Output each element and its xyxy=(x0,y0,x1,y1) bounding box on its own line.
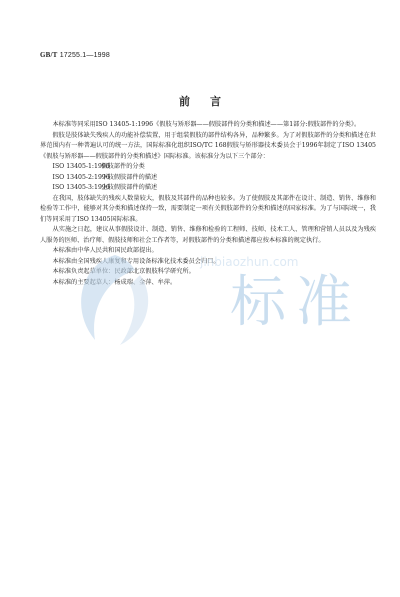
paragraph-implementation: 从实施之日起，建议从事假肢设计、制造、销售、维修和检验的工程师、技师、技术工人、… xyxy=(40,225,376,246)
part-desc: 假肢部件的分类 xyxy=(101,163,144,170)
part-code: ISO 13405-3:1996 xyxy=(53,183,100,194)
part-code: ISO 13405-2:1996 xyxy=(53,173,100,184)
standard-number: GB/T 17255.1—1998 xyxy=(40,51,110,59)
paragraph-administrator: 本标准由全国残疾人康复和专用设备标准化技术委员会归口。 xyxy=(40,257,376,268)
list-item: ISO 13405-3:1996 上肢假肢部件的描述 xyxy=(40,183,376,194)
list-item: ISO 13405-2:1996 下肢假肢部件的描述 xyxy=(40,173,376,184)
parts-list: ISO 13405-1:1996 假肢部件的分类 ISO 13405-2:199… xyxy=(40,162,376,194)
page-title: 前言 xyxy=(0,93,400,109)
document-body: 本标准等同采用ISO 13405-1:1996《假肢与矫形器——假肢部件的分类和… xyxy=(40,120,376,288)
paragraph-drafting-unit: 本标准负责起草单位：民政部北京假肢科学研究所。 xyxy=(40,267,376,278)
part-desc: 上肢假肢部件的描述 xyxy=(101,184,157,191)
part-code: ISO 13405-1:1996 xyxy=(53,162,100,173)
paragraph-adoption: 本标准等同采用ISO 13405-1:1996《假肢与矫形器——假肢部件的分类和… xyxy=(40,120,376,131)
paragraph-domestic: 在我国，肢体缺失的残疾人数量较大，假肢及其部件的品种也较多。为了使假肢及其部件在… xyxy=(40,194,376,226)
paragraph-drafters: 本标准的主要起草人：杨成瑞、金萍、牟萍。 xyxy=(40,278,376,289)
list-item: ISO 13405-1:1996 假肢部件的分类 xyxy=(40,162,376,173)
paragraph-background: 假肢是肢体缺失残疾人的功能补偿装置，用于组装假肢的部件结构各异，品种繁多。为了对… xyxy=(40,131,376,163)
part-desc: 下肢假肢部件的描述 xyxy=(101,174,157,181)
paragraph-proposer: 本标准由中华人民共和国民政部提出。 xyxy=(40,246,376,257)
standard-prefix: GB/T xyxy=(40,51,58,59)
standard-code: 17255.1—1998 xyxy=(60,52,110,59)
